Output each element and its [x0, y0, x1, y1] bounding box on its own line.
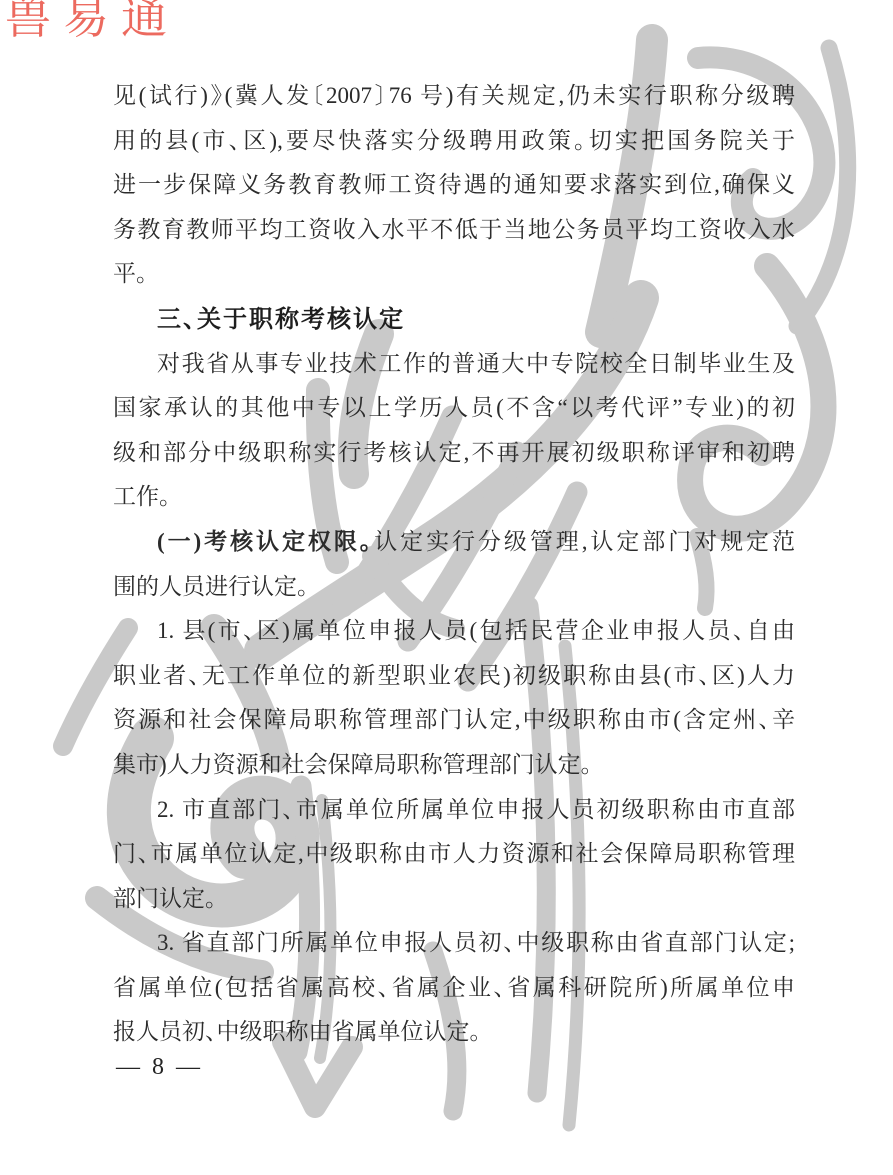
text-line: 国家承认的其他中专以上学历人员(不含“以考代评”专业)的初: [113, 386, 795, 431]
clause-text: 认定实行分级管理,认定部门对规定范: [374, 529, 795, 554]
page-number: — 8 —: [116, 1054, 203, 1081]
text-line: 省属单位(包括省属高校、省属企业、省属科研院所)所属单位申: [113, 966, 795, 1011]
site-logo-watermark: 兽易通: [5, 0, 179, 45]
text-line: 1. 县(市、区)属单位申报人员(包括民营企业申报人员、自由: [113, 609, 795, 654]
text-line: 务教育教师平均工资收入水平不低于当地公务员平均工资收入水: [113, 208, 795, 253]
paragraph-4: 1. 县(市、区)属单位申报人员(包括民营企业申报人员、自由 职业者、无工作单位…: [113, 609, 795, 787]
text-line: 3. 省直部门所属单位申报人员初、中级职称由省直部门认定;: [113, 921, 795, 966]
text-line: 工作。: [113, 475, 795, 520]
text-line: 级和部分中级职称实行考核认定,不再开展初级职称评审和初聘: [113, 431, 795, 476]
text-line: 2. 市直部门、市属单位所属单位申报人员初级职称由市直部: [113, 788, 795, 833]
text-line: 职业者、无工作单位的新型职业农民)初级职称由县(市、区)人力: [113, 654, 795, 699]
text-line: 报人员初、中级职称由省属单位认定。: [113, 1010, 795, 1055]
text-line: 进一步保障义务教育教师工资待遇的通知要求落实到位,确保义: [113, 163, 795, 208]
document-page: 兽易通 见(试行)》(冀人发〔2007〕76 号)有关规定,仍未实行职称分级聘 …: [0, 0, 893, 1175]
text-line: 见(试行)》(冀人发〔2007〕76 号)有关规定,仍未实行职称分级聘: [113, 74, 795, 119]
paragraph-3: (一)考核认定权限。认定实行分级管理,认定部门对规定范 围的人员进行认定。: [113, 520, 795, 609]
text-line: (一)考核认定权限。认定实行分级管理,认定部门对规定范: [113, 520, 795, 565]
paragraph-2: 对我省从事专业技术工作的普通大中专院校全日制毕业生及 国家承认的其他中专以上学历…: [113, 342, 795, 520]
document-text: 见(试行)》(冀人发〔2007〕76 号)有关规定,仍未实行职称分级聘 用的县(…: [113, 74, 795, 1055]
paragraph-1: 见(试行)》(冀人发〔2007〕76 号)有关规定,仍未实行职称分级聘 用的县(…: [113, 74, 795, 297]
paragraph-6: 3. 省直部门所属单位申报人员初、中级职称由省直部门认定; 省属单位(包括省属高…: [113, 921, 795, 1055]
text-line: 集市)人力资源和社会保障局职称管理部门认定。: [113, 743, 795, 788]
text-line: 部门认定。: [113, 877, 795, 922]
text-line: 门、市属单位认定,中级职称由市人力资源和社会保障局职称管理: [113, 832, 795, 877]
paragraph-5: 2. 市直部门、市属单位所属单位申报人员初级职称由市直部 门、市属单位认定,中级…: [113, 788, 795, 922]
text-line: 对我省从事专业技术工作的普通大中专院校全日制毕业生及: [113, 342, 795, 387]
text-line: 围的人员进行认定。: [113, 565, 795, 610]
clause-title: (一)考核认定权限。: [157, 529, 374, 554]
text-line: 资源和社会保障局职称管理部门认定,中级职称由市(含定州、辛: [113, 698, 795, 743]
text-line: 用的县(市、区),要尽快落实分级聘用政策。切实把国务院关于: [113, 119, 795, 164]
section-heading: 三、关于职称考核认定: [113, 297, 795, 342]
text-line: 平。: [113, 252, 795, 297]
